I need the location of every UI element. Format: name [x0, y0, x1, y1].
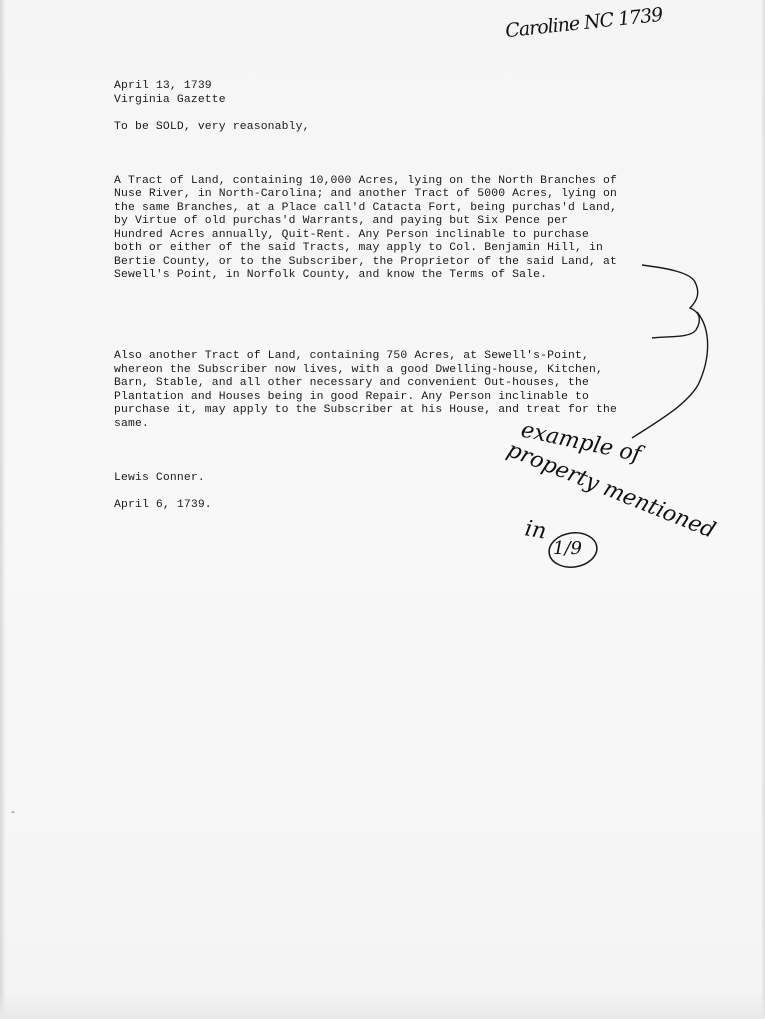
annotation-in: in [523, 516, 548, 544]
margin-tick-mark: - [10, 808, 16, 819]
scanned-page: Caroline NC 1739 April 13, 1739Virginia … [0, 0, 765, 1019]
annotation-circled-reference: 1/9 [553, 538, 582, 559]
